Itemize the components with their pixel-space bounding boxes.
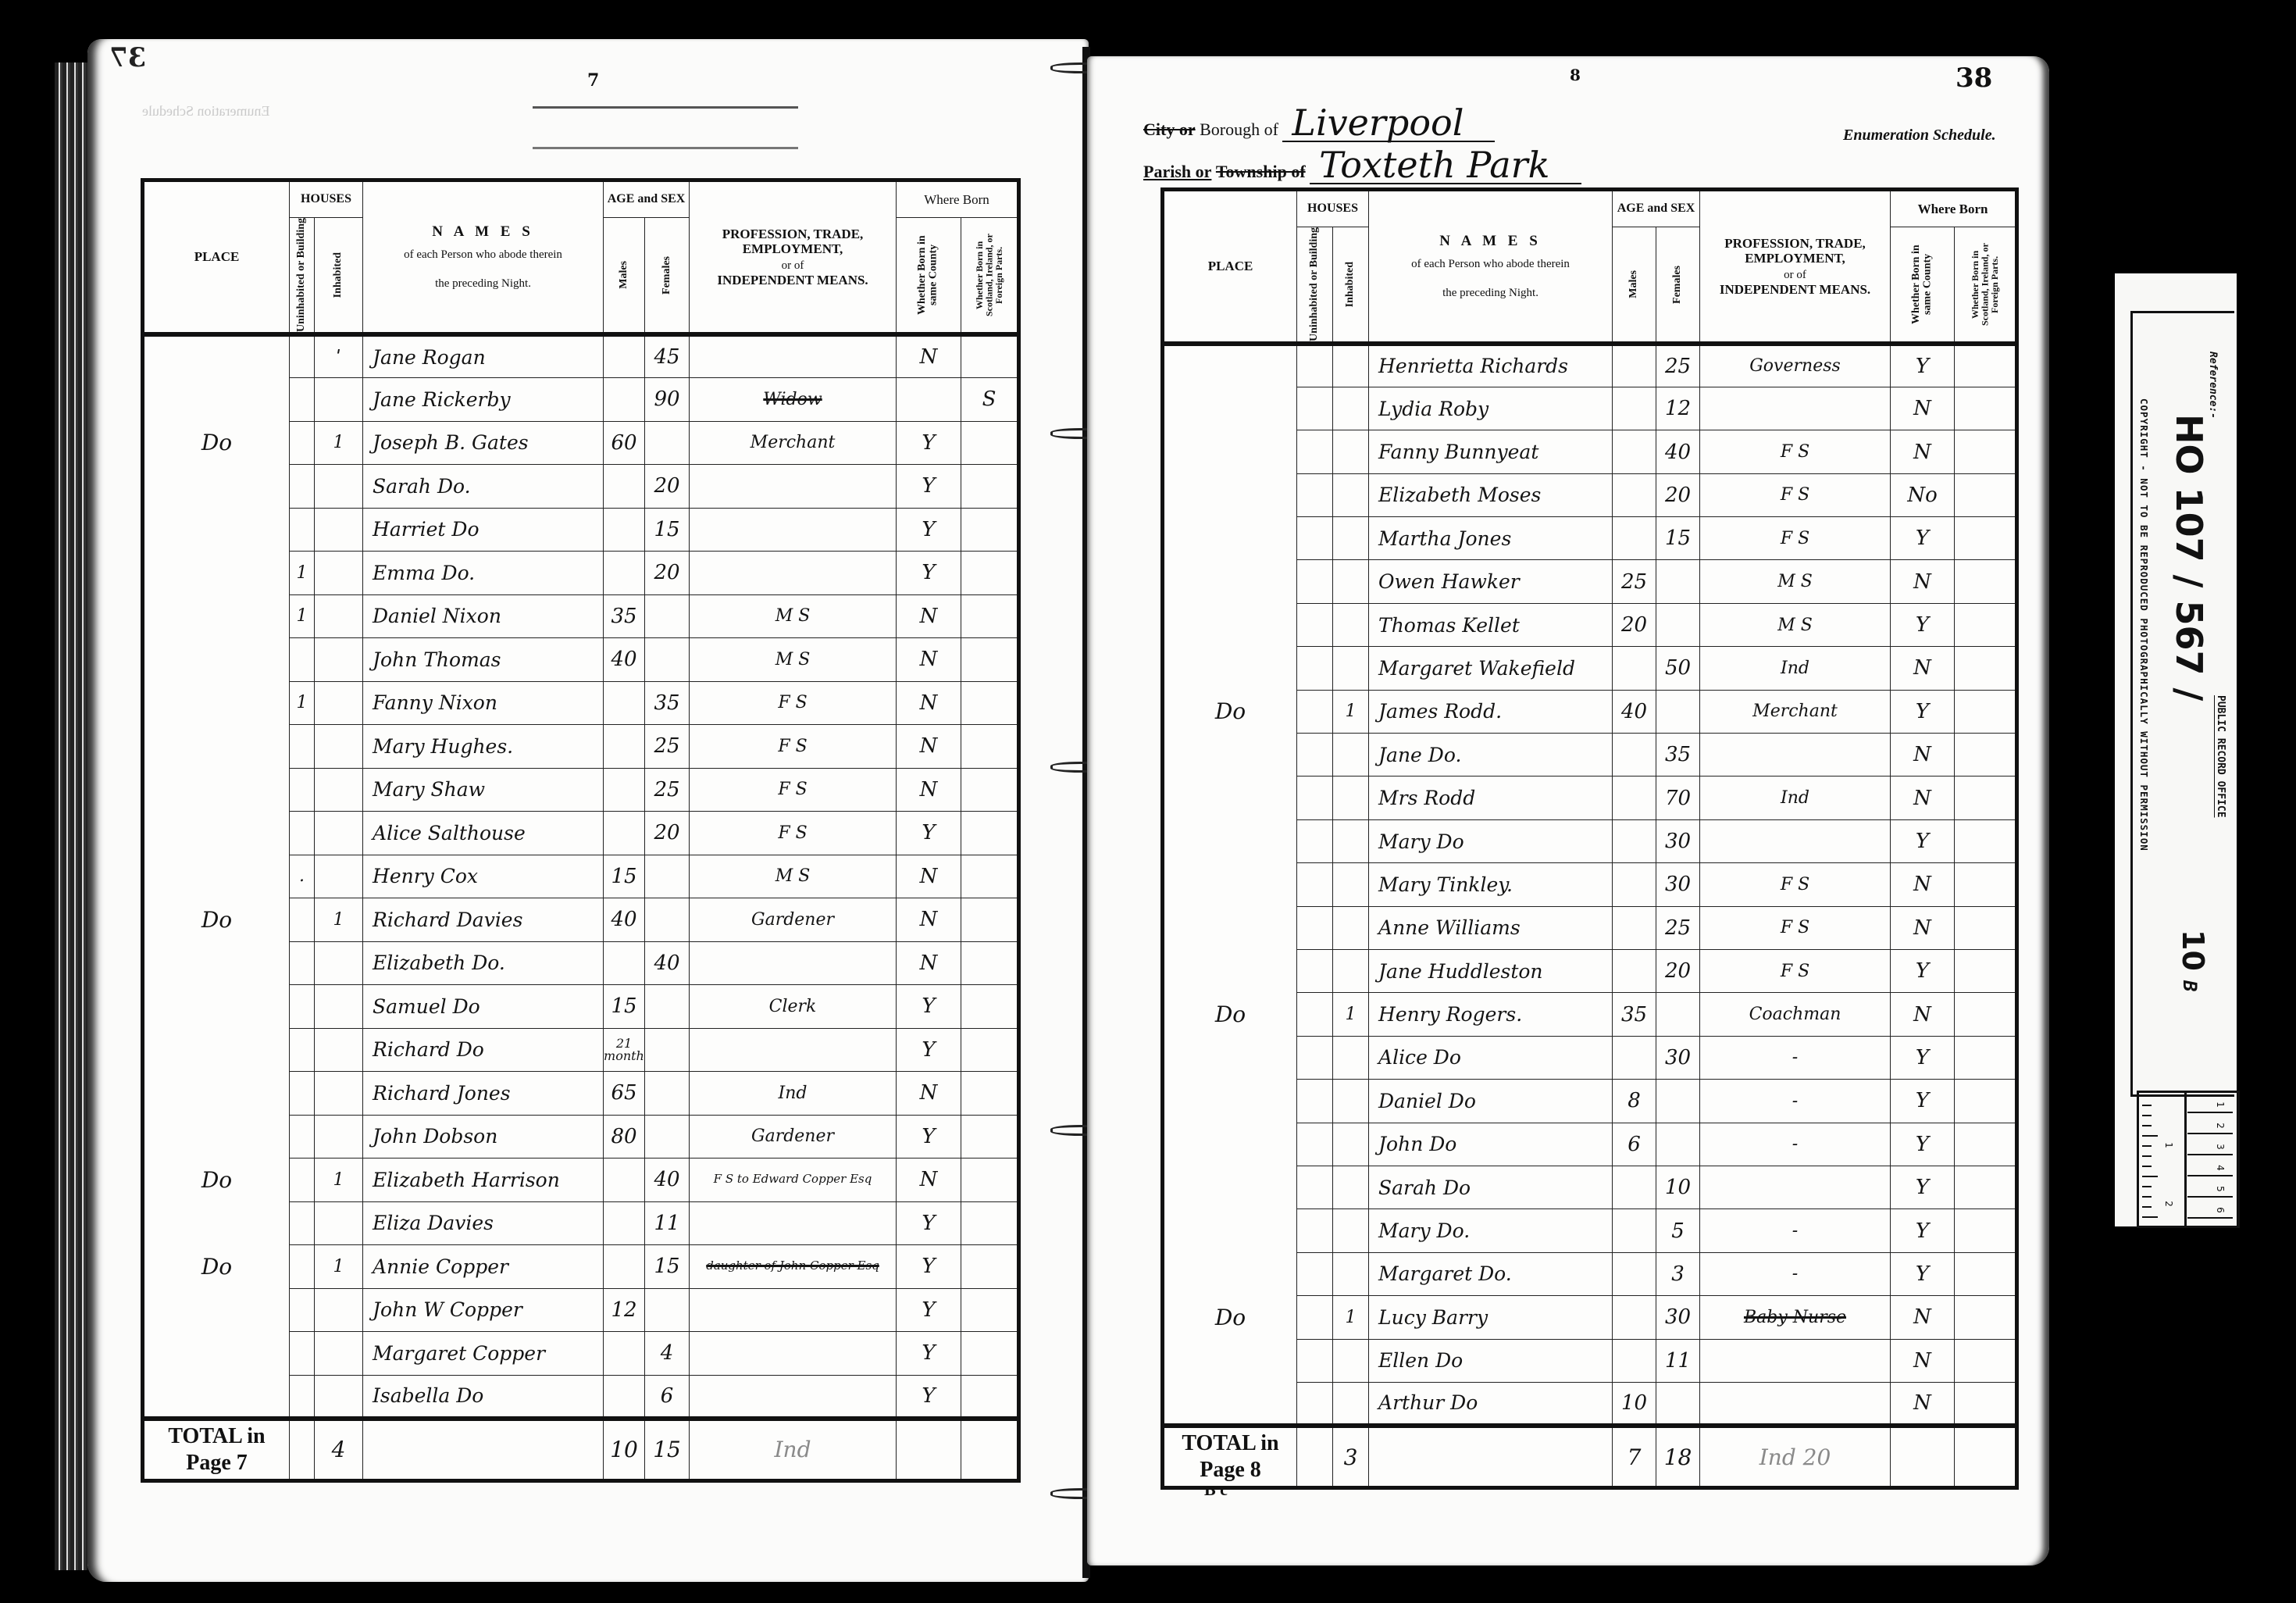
- males-age-cell: 65: [604, 1072, 645, 1116]
- inhabited-cell: [1333, 560, 1369, 603]
- census-row: Sarah Do.20Y: [143, 465, 1019, 509]
- females-age-cell: 30: [1656, 1036, 1700, 1079]
- place-cell: [1163, 473, 1297, 516]
- ruler-cm-label: 2: [2215, 1123, 2226, 1129]
- born-abroad-cell: [1955, 950, 2017, 993]
- born-abroad-cell: [961, 508, 1019, 552]
- females-age-cell: 25: [1656, 344, 1700, 387]
- name-cell: Richard Davies: [363, 898, 604, 942]
- males-age-cell: [604, 681, 645, 725]
- born-county-cell: [897, 378, 961, 422]
- place-cell: Do: [143, 1159, 290, 1202]
- census-row: Arthur Do10N: [1163, 1382, 2017, 1425]
- inhabited-cell: [315, 638, 363, 682]
- place-cell: [1163, 344, 1297, 387]
- males-age-cell: [1613, 819, 1656, 862]
- males-age-cell: [604, 378, 645, 422]
- borough-line: City or Borough of Liverpool: [1143, 105, 1495, 142]
- profession-cell: M S: [1700, 603, 1891, 646]
- born-abroad-cell: [1955, 819, 2017, 862]
- uninhabited-cell: [1297, 1123, 1333, 1166]
- inhabited-cell: [315, 594, 363, 638]
- males-age-cell: 25: [1613, 560, 1656, 603]
- inhabited-cell: [315, 1332, 363, 1376]
- born-abroad-cell: [1955, 1296, 2017, 1339]
- born-abroad-cell: [961, 334, 1019, 378]
- total-profession: Ind 20: [1700, 1426, 1891, 1488]
- inhabited-cell: [315, 552, 363, 595]
- total-females: 18: [1656, 1426, 1700, 1488]
- age-sex-header: AGE and SEX: [604, 180, 690, 218]
- ruler-cm-label: 6: [2215, 1207, 2226, 1213]
- born-abroad-cell: [961, 638, 1019, 682]
- males-age-cell: [604, 1375, 645, 1419]
- profession-cell: [1700, 819, 1891, 862]
- place-cell: [143, 855, 290, 898]
- uninhabited-cell: [290, 1332, 315, 1376]
- males-age-cell: [604, 1201, 645, 1245]
- profession-cell: -: [1700, 1036, 1891, 1079]
- born-abroad-cell: S: [961, 378, 1019, 422]
- born-county-cell: N: [897, 681, 961, 725]
- males-age-cell: [604, 1159, 645, 1202]
- born-county-cell: Y: [1891, 1166, 1955, 1208]
- born-abroad-cell: [961, 1375, 1019, 1419]
- males-age-cell: [1613, 647, 1656, 690]
- males-age-cell: [1613, 387, 1656, 430]
- profession-cell: [690, 1028, 897, 1072]
- public-record-office: PUBLIC RECORD OFFICE: [2215, 695, 2226, 818]
- ruler-cm-line: [2187, 1175, 2233, 1176]
- name-cell: Henry Cox: [363, 855, 604, 898]
- place-cell: [1163, 517, 1297, 560]
- born-county-header: Whether Born in same County: [897, 218, 961, 335]
- census-row: Elizabeth Moses20F SNo: [1163, 473, 2017, 516]
- males-age-cell: [604, 1332, 645, 1376]
- schedule-title: Enumeration Schedule.: [1843, 127, 1996, 145]
- males-age-cell: [1613, 1166, 1656, 1208]
- males-age-cell: [604, 941, 645, 985]
- census-row: Do1Annie Copper15daughter of John Copper…: [143, 1245, 1019, 1289]
- scale-ruler: 12345612: [2137, 1091, 2240, 1228]
- census-row: Mary Hughes.25F SN: [143, 725, 1019, 769]
- uninhabited-cell: [1297, 1080, 1333, 1123]
- profession-cell: F S: [690, 681, 897, 725]
- page-stack-edges: [55, 62, 87, 1570]
- ruler-tick: [2142, 1196, 2152, 1198]
- ruler-cm-label: 1: [2215, 1101, 2226, 1108]
- place-cell: [1163, 950, 1297, 993]
- census-row: Richard Do21 monthsY: [143, 1028, 1019, 1072]
- place-cell: [143, 725, 290, 769]
- total-inhabited: 4: [315, 1419, 363, 1481]
- total-born-abroad: [1955, 1426, 2017, 1488]
- uninhabited-cell: [290, 1028, 315, 1072]
- females-age-cell: [645, 898, 690, 942]
- census-row: Daniel Do8-Y: [1163, 1080, 2017, 1123]
- total-males: 10: [604, 1419, 645, 1481]
- born-abroad-cell: [961, 898, 1019, 942]
- total-label: TOTAL inPage 7: [143, 1419, 290, 1481]
- uninhabited-cell: [290, 1115, 315, 1159]
- place-cell: [143, 1332, 290, 1376]
- census-row: Isabella Do6Y: [143, 1375, 1019, 1419]
- profession-cell: M S: [690, 855, 897, 898]
- males-age-cell: 20: [1613, 603, 1656, 646]
- uninhabited-cell: 1: [290, 594, 315, 638]
- uninhabited-cell: [290, 1375, 315, 1419]
- name-cell: John W Copper: [363, 1288, 604, 1332]
- profession-cell: F S: [690, 812, 897, 855]
- houses-header: HOUSES: [290, 180, 363, 218]
- born-county-cell: Y: [1891, 1252, 1955, 1295]
- born-county-cell: Y: [897, 465, 961, 509]
- ruler-inch-label: 2: [2163, 1201, 2174, 1207]
- inhabited-cell: [1333, 603, 1369, 646]
- profession-cell: [1700, 1166, 1891, 1208]
- born-abroad-cell: [1955, 517, 2017, 560]
- born-county-cell: N: [1891, 1339, 1955, 1382]
- profession-cell: [690, 1201, 897, 1245]
- name-cell: Anne Williams: [1369, 906, 1613, 949]
- born-county-cell: N: [897, 1159, 961, 1202]
- males-age-cell: 40: [604, 638, 645, 682]
- name-cell: Mary Do: [1369, 819, 1613, 862]
- census-row: Richard Jones65IndN: [143, 1072, 1019, 1116]
- born-county-cell: Y: [897, 1115, 961, 1159]
- where-born-header: Where Born: [1891, 190, 2017, 227]
- males-age-cell: [604, 552, 645, 595]
- ruler-tick: [2142, 1155, 2152, 1157]
- census-row: Do1Joseph B. Gates60MerchantY: [143, 421, 1019, 465]
- place-header: PLACE: [143, 180, 290, 335]
- profession-cell: -: [1700, 1209, 1891, 1252]
- inhabited-cell: [315, 1201, 363, 1245]
- census-row: Mary Do30Y: [1163, 819, 2017, 862]
- inhabited-cell: [1333, 1036, 1369, 1079]
- born-county-cell: Y: [897, 985, 961, 1029]
- place-cell: [1163, 1080, 1297, 1123]
- ruler-cm-line: [2187, 1196, 2233, 1198]
- born-county-cell: Y: [1891, 1036, 1955, 1079]
- uninhabited-cell: [1297, 1382, 1333, 1425]
- profession-cell: [690, 334, 897, 378]
- faded-rule-2: [533, 147, 798, 149]
- males-age-cell: [1613, 734, 1656, 777]
- males-age-cell: [1613, 863, 1656, 906]
- profession-cell: [690, 941, 897, 985]
- inhabited-cell: [1333, 1080, 1369, 1123]
- born-county-cell: Y: [897, 508, 961, 552]
- inhabited-cell: 1: [315, 1159, 363, 1202]
- born-abroad-cell: [1955, 603, 2017, 646]
- census-row: Mary Tinkley.30F SN: [1163, 863, 2017, 906]
- males-age-cell: [1613, 430, 1656, 473]
- males-age-cell: 35: [604, 594, 645, 638]
- uninhabited-cell: [290, 768, 315, 812]
- place-cell: [143, 941, 290, 985]
- total-females: 15: [645, 1419, 690, 1481]
- born-abroad-cell: [1955, 473, 2017, 516]
- inhabited-cell: [1333, 1209, 1369, 1252]
- males-age-cell: [604, 1245, 645, 1289]
- place-cell: [1163, 777, 1297, 819]
- profession-cell: [690, 1288, 897, 1332]
- profession-cell: Coachman: [1700, 993, 1891, 1036]
- profession-cell: Clerk: [690, 985, 897, 1029]
- piece-sub: B: [2179, 980, 2201, 991]
- males-age-cell: 35: [1613, 993, 1656, 1036]
- census-row: Anne Williams25F SN: [1163, 906, 2017, 949]
- ruler-tick: [2142, 1115, 2152, 1116]
- total-inhabited: 3: [1333, 1426, 1369, 1488]
- born-abroad-cell: [961, 812, 1019, 855]
- census-row: John Thomas40M SN: [143, 638, 1019, 682]
- born-county-cell: N: [897, 898, 961, 942]
- born-county-cell: Y: [897, 1245, 961, 1289]
- profession-cell: [1700, 734, 1891, 777]
- census-row: Thomas Kellet20M SY: [1163, 603, 2017, 646]
- born-abroad-cell: [961, 1201, 1019, 1245]
- inhabited-cell: [1333, 1339, 1369, 1382]
- ruler-inch-label: 1: [2163, 1142, 2174, 1148]
- born-county-cell: N: [897, 725, 961, 769]
- profession-cell: [690, 465, 897, 509]
- census-row: Margaret Copper4Y: [143, 1332, 1019, 1376]
- males-age-cell: 80: [604, 1115, 645, 1159]
- females-age-cell: 25: [1656, 906, 1700, 949]
- inhabited-cell: [1333, 819, 1369, 862]
- name-cell: Mrs Rodd: [1369, 777, 1613, 819]
- born-county-cell: N: [897, 1072, 961, 1116]
- where-born-header: Where Born: [897, 180, 1019, 218]
- uninhabited-cell: 1: [290, 681, 315, 725]
- name-cell: Mary Shaw: [363, 768, 604, 812]
- census-row: Elizabeth Do.40N: [143, 941, 1019, 985]
- females-age-cell: 10: [1656, 1166, 1700, 1208]
- females-age-cell: [645, 1288, 690, 1332]
- inhabited-cell: [315, 725, 363, 769]
- females-age-cell: [645, 638, 690, 682]
- uninhabited-header: Uninhabited or Building: [1297, 227, 1333, 345]
- inhabited-cell: [315, 1288, 363, 1332]
- profession-cell: Governess: [1700, 344, 1891, 387]
- uninhabited-cell: [290, 378, 315, 422]
- born-abroad-cell: [961, 594, 1019, 638]
- born-county-cell: N: [1891, 777, 1955, 819]
- place-cell: [143, 638, 290, 682]
- census-row: Mrs Rodd70IndN: [1163, 777, 2017, 819]
- census-row: Mary Do.5-Y: [1163, 1209, 2017, 1252]
- males-age-cell: [1613, 517, 1656, 560]
- born-county-cell: N: [1891, 1382, 1955, 1425]
- census-row: Margaret Do.3-Y: [1163, 1252, 2017, 1295]
- census-row: 1Fanny Nixon35F SN: [143, 681, 1019, 725]
- name-cell: Harriet Do: [363, 508, 604, 552]
- profession-cell: [690, 552, 897, 595]
- inhabited-cell: [1333, 473, 1369, 516]
- uninhabited-cell: [290, 1288, 315, 1332]
- females-age-cell: 25: [645, 768, 690, 812]
- uninhabited-cell: [290, 508, 315, 552]
- census-row: ˈJane Rogan45N: [143, 334, 1019, 378]
- census-row: John W Copper12Y: [143, 1288, 1019, 1332]
- females-age-cell: 3: [1656, 1252, 1700, 1295]
- place-header: PLACE: [1163, 190, 1297, 345]
- place-cell: [1163, 863, 1297, 906]
- uninhabited-cell: [1297, 950, 1333, 993]
- profession-cell: F S: [690, 725, 897, 769]
- females-age-cell: [1656, 1382, 1700, 1425]
- inhabited-cell: [315, 1375, 363, 1419]
- females-age-cell: 90: [645, 378, 690, 422]
- inhabited-cell: [1333, 387, 1369, 430]
- place-cell: [143, 1115, 290, 1159]
- inhabited-cell: [1333, 647, 1369, 690]
- born-abroad-cell: [1955, 1123, 2017, 1166]
- born-abroad-cell: [1955, 560, 2017, 603]
- total-uninhabited: [290, 1419, 315, 1481]
- ruler-tick: [2142, 1176, 2158, 1177]
- faded-rule-1: [533, 106, 798, 109]
- place-cell: [1163, 647, 1297, 690]
- profession-cell: Gardener: [690, 1115, 897, 1159]
- place-cell: [1163, 906, 1297, 949]
- uninhabited-cell: [290, 1245, 315, 1289]
- inhabited-cell: [315, 465, 363, 509]
- females-age-cell: [645, 985, 690, 1029]
- females-age-cell: 20: [1656, 473, 1700, 516]
- born-county-cell: N: [1891, 734, 1955, 777]
- females-age-cell: 15: [645, 508, 690, 552]
- uninhabited-cell: [1297, 819, 1333, 862]
- born-abroad-cell: [961, 768, 1019, 812]
- total-names: [363, 1419, 604, 1481]
- place-cell: Do: [1163, 993, 1297, 1036]
- born-county-cell: Y: [897, 1288, 961, 1332]
- census-row: Samuel Do15ClerkY: [143, 985, 1019, 1029]
- profession-cell: Merchant: [690, 421, 897, 465]
- census-row: Jane Do.35N: [1163, 734, 2017, 777]
- females-age-cell: 20: [1656, 950, 1700, 993]
- inhabited-cell: [1333, 906, 1369, 949]
- males-age-cell: 15: [604, 985, 645, 1029]
- name-cell: Margaret Do.: [1369, 1252, 1613, 1295]
- page-number: 7: [587, 70, 599, 91]
- born-abroad-cell: [961, 1245, 1019, 1289]
- ruler-tick: [2142, 1125, 2152, 1126]
- census-row: Mary Shaw25F SN: [143, 768, 1019, 812]
- born-county-cell: Y: [1891, 1209, 1955, 1252]
- parish-value: Toxteth Park: [1310, 147, 1581, 184]
- males-age-cell: [1613, 1036, 1656, 1079]
- born-abroad-cell: [961, 941, 1019, 985]
- profession-cell: Gardener: [690, 898, 897, 942]
- born-county-cell: Y: [897, 1375, 961, 1419]
- uninhabited-cell: [290, 898, 315, 942]
- born-county-cell: Y: [897, 1201, 961, 1245]
- born-abroad-cell: [1955, 906, 2017, 949]
- profession-header: PROFESSION, TRADE, EMPLOYMENT, or of IND…: [1700, 190, 1891, 345]
- females-age-cell: 25: [645, 725, 690, 769]
- names-header: N A M E S of each Person who abode there…: [363, 180, 604, 335]
- census-row: Jane Rickerby90WidowS: [143, 378, 1019, 422]
- males-age-cell: 8: [1613, 1080, 1656, 1123]
- uninhabited-cell: 1: [290, 552, 315, 595]
- born-county-cell: Y: [897, 552, 961, 595]
- profession-cell: daughter of John Copper Esq: [690, 1245, 897, 1289]
- name-cell: Daniel Do: [1369, 1080, 1613, 1123]
- profession-cell: M S: [690, 638, 897, 682]
- place-cell: [1163, 1166, 1297, 1208]
- females-age-cell: [645, 594, 690, 638]
- census-row: Jane Huddleston20F SY: [1163, 950, 2017, 993]
- females-age-cell: [1656, 603, 1700, 646]
- born-abroad-cell: [1955, 734, 2017, 777]
- name-cell: Elizabeth Do.: [363, 941, 604, 985]
- inhabited-cell: [315, 1028, 363, 1072]
- born-abroad-cell: [1955, 1166, 2017, 1208]
- uninhabited-cell: [290, 421, 315, 465]
- profession-cell: M S: [690, 594, 897, 638]
- name-cell: Lydia Roby: [1369, 387, 1613, 430]
- born-county-cell: Y: [897, 421, 961, 465]
- inhabited-cell: [315, 1115, 363, 1159]
- females-age-cell: [1656, 993, 1700, 1036]
- born-abroad-cell: [961, 1072, 1019, 1116]
- born-county-cell: N: [1891, 430, 1955, 473]
- uninhabited-cell: [290, 812, 315, 855]
- born-abroad-cell: [961, 1115, 1019, 1159]
- uninhabited-cell: [1297, 1209, 1333, 1252]
- profession-cell: -: [1700, 1123, 1891, 1166]
- uninhabited-cell: [290, 1072, 315, 1116]
- uninhabited-cell: [290, 1159, 315, 1202]
- born-county-cell: N: [1891, 906, 1955, 949]
- houses-header: HOUSES: [1297, 190, 1369, 227]
- page-number: 8: [1570, 66, 1581, 84]
- place-cell: [143, 508, 290, 552]
- inhabited-cell: ˈ: [315, 334, 363, 378]
- total-profession: Ind: [690, 1419, 897, 1481]
- place-cell: [1163, 1252, 1297, 1295]
- profession-cell: F S: [1700, 863, 1891, 906]
- born-abroad-cell: [961, 552, 1019, 595]
- name-cell: James Rodd.: [1369, 690, 1613, 733]
- females-age-cell: 15: [645, 1245, 690, 1289]
- males-age-cell: [1613, 906, 1656, 949]
- born-county-cell: Y: [897, 812, 961, 855]
- born-abroad-cell: [1955, 647, 2017, 690]
- inhabited-cell: 1: [1333, 690, 1369, 733]
- name-cell: Joseph B. Gates: [363, 421, 604, 465]
- borough-value: Liverpool: [1282, 105, 1495, 142]
- name-cell: Elizabeth Harrison: [363, 1159, 604, 1202]
- total-row: TOTAL inPage 83718Ind 20: [1163, 1426, 2017, 1488]
- born-abroad-cell: [1955, 777, 2017, 819]
- males-age-cell: 40: [1613, 690, 1656, 733]
- uninhabited-cell: [1297, 863, 1333, 906]
- females-age-cell: 12: [1656, 387, 1700, 430]
- inhabited-header: Inhabited: [1333, 227, 1369, 345]
- males-age-cell: [1613, 1339, 1656, 1382]
- females-age-cell: [645, 1072, 690, 1116]
- name-cell: John Thomas: [363, 638, 604, 682]
- total-born-county: [1891, 1426, 1955, 1488]
- males-age-cell: 60: [604, 421, 645, 465]
- males-age-cell: [604, 812, 645, 855]
- uninhabited-cell: [1297, 517, 1333, 560]
